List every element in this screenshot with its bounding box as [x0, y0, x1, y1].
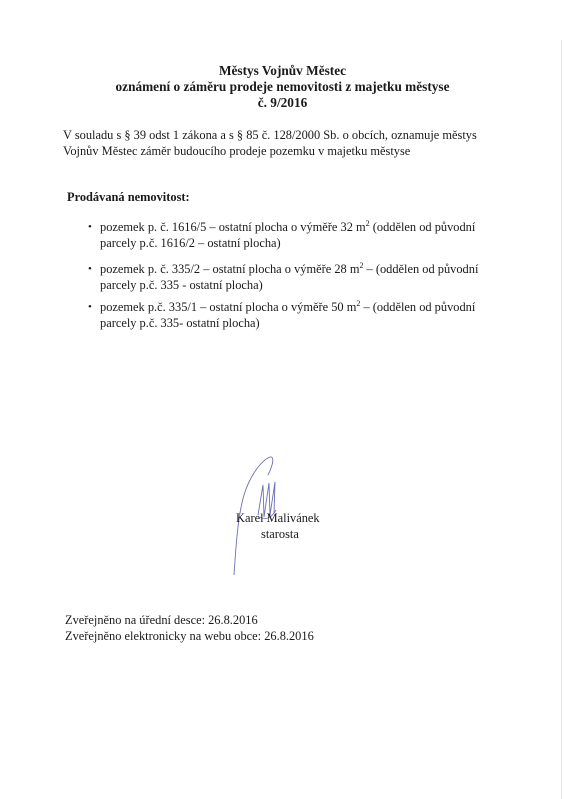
notice-subject: oznámení o záměru prodeje nemovitosti z … [0, 79, 565, 95]
page-edge [561, 40, 562, 799]
notice-number: č. 9/2016 [0, 95, 565, 111]
bullet-icon: • [88, 219, 92, 235]
bullet-icon: • [88, 261, 92, 277]
bullet-icon: • [88, 299, 92, 315]
property-text: pozemek p. č. 1616/5 – ostatní plocha o … [100, 219, 508, 251]
publication-info: Zveřejněno na úřední desce: 26.8.2016 Zv… [65, 613, 314, 644]
property-text: pozemek p. č. 335/2 – ostatní plocha o v… [100, 261, 508, 293]
posted-web-date: Zveřejněno elektronicky na webu obce: 26… [65, 629, 314, 645]
intro-paragraph: V souladu s § 39 odst 1 zákona a s § 85 … [63, 128, 503, 159]
posted-board-date: Zveřejněno na úřední desce: 26.8.2016 [65, 613, 314, 629]
signer-name: Karel Malivánek [236, 511, 356, 527]
property-text: pozemek p.č. 335/1 – ostatní plocha o vý… [100, 299, 508, 331]
properties-heading: Prodávaná nemovitost: [67, 190, 190, 205]
signer-role: starosta [236, 527, 356, 543]
municipality-title: Městys Vojnův Městec [0, 63, 565, 79]
signer-block: Karel Malivánek starosta [236, 511, 356, 542]
